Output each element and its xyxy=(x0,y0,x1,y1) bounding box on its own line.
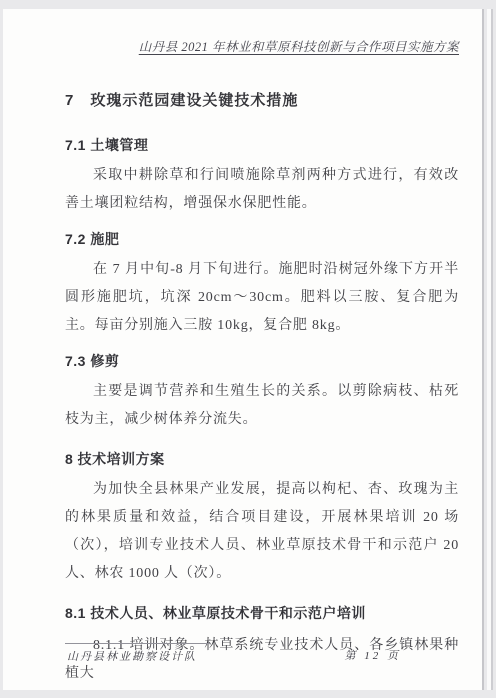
running-header: 山丹县 2021 年林业和草原科技创新与合作项目实施方案 xyxy=(65,39,459,56)
section-heading-8-1: 8.1 技术人员、林业草原技术骨干和示范户培训 xyxy=(65,604,459,622)
section-heading-7-1: 7.1 土壤管理 xyxy=(65,136,459,154)
paragraph-pruning: 主要是调节营养和生殖生长的关系。以剪除病枝、枯死枝为主，减少树体养分流失。 xyxy=(65,378,459,434)
paragraph-soil-management: 采取中耕除草和行间喷施除草剂两种方式进行，有效改善土壤团粒结构，增强保水保肥性能… xyxy=(65,162,459,218)
scanned-document: 山丹县 2021 年林业和草原科技创新与合作项目实施方案 7 玫瑰示范园建设关键… xyxy=(0,0,496,698)
footer-organization: 山丹县林业勘察设计队 xyxy=(65,643,211,664)
section-heading-7-3: 7.3 修剪 xyxy=(65,352,459,370)
footer-page-number: 第 12 页 xyxy=(345,647,402,663)
paper-sheet: 山丹县 2021 年林业和草原科技创新与合作项目实施方案 7 玫瑰示范园建设关键… xyxy=(3,9,484,690)
paragraph-fertilization: 在 7 月中旬-8 月下旬进行。施肥时沿树冠外缘下方开半圆形施肥坑，坑深 20c… xyxy=(65,256,459,340)
section-heading-7: 7 玫瑰示范园建设关键技术措施 xyxy=(65,92,459,110)
section-heading-8: 8 技术培训方案 xyxy=(65,450,459,468)
section-heading-7-2: 7.2 施肥 xyxy=(65,230,459,248)
page-footer: 山丹县林业勘察设计队 第 12 页 xyxy=(65,643,459,664)
scan-page-edge xyxy=(487,9,493,690)
page-content: 山丹县 2021 年林业和草原科技创新与合作项目实施方案 7 玫瑰示范园建设关键… xyxy=(65,39,459,688)
paragraph-training-plan: 为加快全县林果产业发展，提高以枸杞、杏、玫瑰为主的林果质量和效益，结合项目建设，… xyxy=(65,476,459,588)
